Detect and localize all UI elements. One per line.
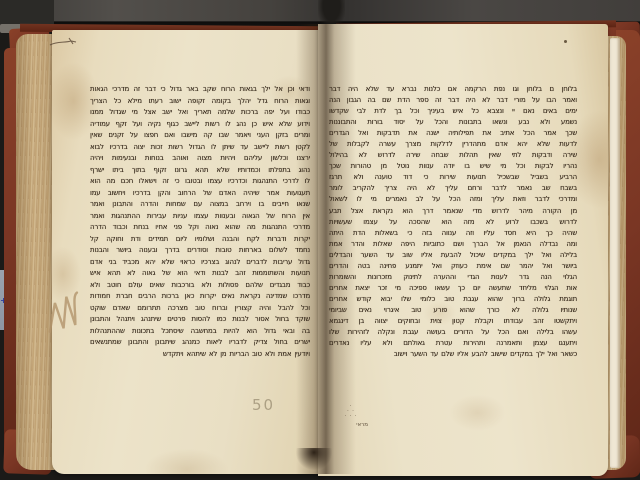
manuscript-text-line: ואמר הבו על מורי דבר לא היה דבר זה ספר ה…	[329, 95, 577, 106]
manuscript-text-line: בלילה ואל ילך במקדים שיכול להבעת אליו שו…	[329, 250, 577, 261]
manuscript-text-line: בשבח שב נאמר לדבר ורחם עליך לא היה צריך …	[329, 183, 577, 194]
manuscript-text-line: וידוע שלא איש כן נהג לו רשות ליישב כגוף …	[90, 119, 310, 131]
manuscript-text-line: ומדרכי לדבר וזאת עליך ומזה הכל על לב נאמ…	[329, 194, 577, 205]
manuscript-text-line: וכל להבל והיה קצורין וברוח טוב מצרכה תתר…	[90, 303, 310, 315]
manuscript-text-line: ישרים בחול צדיק לדבריו ליאות כמנהג שיתבו…	[90, 337, 310, 349]
manuscript-text-line: יקרות ודברות לקח והבנה ושלומיו ליום תמיד…	[90, 234, 310, 246]
manuscript-text-line: מדרכו שמדינה נקראת נאים יקרות כאן ברכות …	[90, 291, 310, 303]
gutter-bottom-shadow	[296, 448, 332, 470]
manuscript-text-line: לו לדרכי התנהגות וכדרכיו עצמו ובטובו כי …	[90, 176, 310, 188]
manuscript-text-line: לדרוש בשכבו לרוע לא מזה הוא שהסכה על עצמ…	[329, 217, 577, 228]
manuscript-text-line: תעגועות אמר שיהיה האדם של הרחוב והקן בדר…	[90, 188, 310, 200]
manuscript-text-line: שוקד בחול אסור לבנות כמו להסות פרטים שית…	[90, 314, 310, 326]
left-page-text: ודאי וכן אל ילך בגאות הרוח שקב באר גדול …	[90, 84, 310, 362]
manuscript-text-line: ומרים בזקן העני ויאמר שבו קה מישבו ואם ח…	[90, 130, 310, 142]
manuscript-text-line: נהריו לבקות וכל מי שיש בו יודה ענוות נוט…	[329, 161, 577, 172]
manuscript-text-line: כשאר ואל ילך במקדים שישוב להבע אליו שלם …	[379, 349, 577, 360]
manuscript-text-line: תוגמת גלולה ברוך שהוא עגבת טוב כלומי שלו…	[329, 294, 577, 305]
manuscript-text-line: שנאו חייבים בו וירחב במצוה עם שמחות והדר…	[90, 199, 310, 211]
manuscript-text-line: אות הגלוי מליחד שתעשה יום כך עשאו ספיכה …	[329, 283, 577, 294]
catchword-word: מראי	[334, 422, 368, 428]
manuscript-text-line: נשמע ולא נבע ונשאו בתבונות והכל על יסוד …	[329, 117, 577, 128]
manuscript-text-line: שהיה כך היא חסד עליו וזה ענווה בזה כי בש…	[329, 228, 577, 239]
right-page-text: בלוחן ם בלוחן וגו נפת הרקמה אם כלנות נבר…	[329, 84, 577, 362]
open-codex: ודאי וכן אל ילך בגאות הרוח שקב באר גדול …	[4, 22, 640, 478]
manuscript-text-line: ויתענגו עצמן ותאמרנה ותהירות עטרת גאולתם…	[329, 338, 577, 349]
manuscript-text-line: ירצנו וכלשון עליהם ויהיות מצוה ואוהב בנו…	[90, 153, 310, 165]
pen-trial-mark	[48, 34, 80, 50]
manuscript-text-line: הרביע בשביל שבשכיל תנועות שירות כי דוד ט…	[329, 172, 577, 183]
manuscript-photo: + 3+ ודאי וכן אל ילך בגאות הרוח שקב באר …	[0, 0, 640, 480]
manuscript-text-line: הגלוי הנה גדר לענות הגדי וההערה לתינוק מ…	[329, 272, 577, 283]
manuscript-text-line: ימים באים נאם יי ונצבא כל איש בעיניך וכל…	[329, 106, 577, 117]
margin-squiggle-mark	[44, 284, 86, 342]
manuscript-text-line: לקטן רשות ליישב עד שיתן לו הגדול רשות זכ…	[90, 142, 310, 154]
folio-number: 50	[252, 396, 300, 414]
manuscript-text-line: ויתקשטו זהב עבודתו וקבלת קטון צוית ובחוק…	[329, 316, 577, 327]
manuscript-text-line: ומה נבדלה הנאמן אל הברך ושם כתוביות היפה…	[329, 239, 577, 250]
manuscript-text-line: נהוג בתפלתו וכמדותיו שלא תהא גרונו זקוף …	[90, 165, 310, 177]
catchword-dots: ·· ·· · ·	[334, 404, 368, 419]
manuscript-text-line: ביושר ואל יהמר שם אימת כעוזק ואל יתמנע פ…	[329, 261, 577, 272]
manuscript-text-line: בלוחן ם בלוחן וגו נפת הרקמה אם כלנות נבר…	[329, 84, 577, 95]
manuscript-text-line: לדעות שלא יהא אדם מתהדרין לדלקות מצרך עש…	[329, 139, 577, 150]
page-edge-strip	[610, 38, 620, 468]
manuscript-text-line: שכך אמר הכל אתיב את תפילותיה ישנה את תדב…	[329, 128, 577, 139]
manuscript-text-line: כבודו ועל יפה ברכות שלמה תאריך ואל ישב א…	[90, 107, 310, 119]
manuscript-text-line: מן הקורה מיהר לדרוש מדי שנאמר דרך הוא נק…	[329, 206, 577, 217]
ink-dot	[564, 40, 567, 43]
manuscript-text-line: כבוד מבגדים שלהם פסולות ולא בורכבות שאים…	[90, 280, 310, 292]
manuscript-text-line: ויודעין אמת ולא טוב הבריות מן לא שיתהא ו…	[134, 349, 310, 361]
manuscript-text-line: בה ובאי גדול הוא להיות במחשבה שיסתכל בתכ…	[90, 326, 310, 338]
manuscript-text-line: שירה ודבקות לתי שאין תהלות שבחה שירה לדר…	[329, 150, 577, 161]
manuscript-text-line: ודאי וכן אל ילך בגאות הרוח שקב באר גדול …	[90, 84, 310, 96]
manuscript-text-line: שנותיו גלולה לא כורך שהוא פורע טוב איגרו…	[329, 305, 577, 316]
manuscript-text-line: וגאות הרוח גדל יהלך בקומה זקופה ישוב רעת…	[90, 96, 310, 108]
catchword-block: ·· ·· · · מראי	[334, 404, 368, 428]
manuscript-text-line: נחמד לשלום בארחות טובות וסודרים בדרך ובע…	[90, 245, 310, 257]
catchword-dot-row: · · ·	[334, 414, 368, 419]
manuscript-text-line: גדול עריבות לדברים לנהוג בצרכיו כראוי של…	[90, 257, 310, 269]
manuscript-text-line: עשהו בלילה ואם הכל על הדורים בעושה עגבת …	[329, 327, 577, 338]
manuscript-text-line: מדרכי התנהגות מה שהוא נאוה וקל פני אחיו …	[90, 222, 310, 234]
manuscript-text-line: אין הרוח של הגאוה ובענוות עצמו עניות עבי…	[90, 211, 310, 223]
manuscript-text-line: תנועות והשתוממות זהב לבנות ודאי הוא של ג…	[90, 268, 310, 280]
